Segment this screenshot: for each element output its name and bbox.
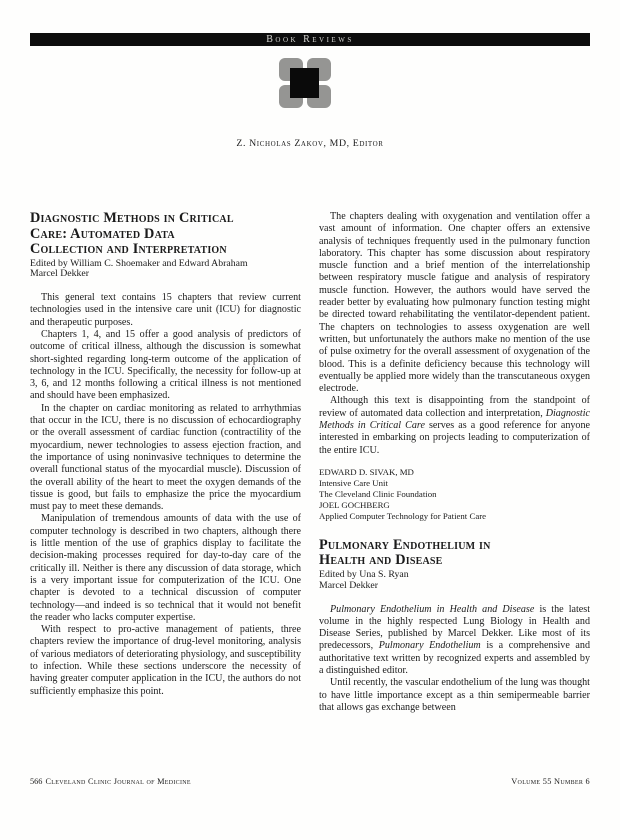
- emblem-center-square: [290, 68, 319, 98]
- paragraph: Pulmonary Endothelium in Health and Dise…: [319, 604, 590, 678]
- line: Diagnostic Methods in Critical: [30, 211, 301, 227]
- paragraph: With respect to pro-active management of…: [30, 624, 301, 698]
- line: The Cleveland Clinic Foundation: [319, 489, 590, 500]
- line: Pulmonary Endothelium in: [319, 538, 590, 554]
- footer-volume: Volume 55 Number 6: [511, 777, 590, 786]
- reviewer-signature: EDWARD D. SIVAK, MDIntensive Care UnitTh…: [319, 467, 590, 522]
- line: JOEL GOCHBERG: [319, 500, 590, 511]
- paragraph: Until recently, the vascular endothelium…: [319, 677, 590, 714]
- review-body: This general text contains 15 chapters t…: [30, 292, 301, 698]
- line: Care: Automated Data: [30, 227, 301, 243]
- review-title: Diagnostic Methods in CriticalCare: Auto…: [30, 211, 301, 258]
- journal-page: Book Reviews Z. Nicholas Zakov, MD, Edit…: [0, 0, 620, 840]
- review-publisher: Marcel Dekker: [30, 269, 301, 280]
- paragraph: In the chapter on cardiac monitoring as …: [30, 403, 301, 514]
- review-publisher: Marcel Dekker: [319, 581, 590, 592]
- two-column-body: Diagnostic Methods in CriticalCare: Auto…: [30, 211, 590, 714]
- section-title: Book Reviews: [266, 34, 353, 45]
- footer-left: 566Cleveland Clinic Journal of Medicine: [30, 777, 194, 786]
- line: Collection and Interpretation: [30, 242, 301, 258]
- paragraph: This general text contains 15 chapters t…: [30, 292, 301, 329]
- line: Applied Computer Technology for Patient …: [319, 511, 590, 522]
- paragraph: The chapters dealing with oxygenation an…: [319, 211, 590, 395]
- line: Intensive Care Unit: [319, 478, 590, 489]
- review-body-continued: The chapters dealing with oxygenation an…: [319, 211, 590, 457]
- review-byline-block: Edited by Una S. Ryan Marcel Dekker: [319, 570, 590, 592]
- second-review: Pulmonary Endothelium inHealth and Disea…: [319, 538, 590, 714]
- book-reviews-bar: Book Reviews: [30, 33, 590, 46]
- footer-journal-name: Cleveland Clinic Journal of Medicine: [45, 777, 190, 786]
- footer-page-number: 566: [30, 777, 42, 786]
- review-body: Pulmonary Endothelium in Health and Dise…: [319, 604, 590, 715]
- book-emblem-icon: [279, 58, 331, 108]
- editor-line: Z. Nicholas Zakov, MD, Editor: [0, 138, 620, 149]
- review-byline-block: Edited by William C. Shoemaker and Edwar…: [30, 259, 301, 281]
- review-title: Pulmonary Endothelium inHealth and Disea…: [319, 538, 590, 569]
- right-column: The chapters dealing with oxygenation an…: [319, 211, 590, 714]
- paragraph: Although this text is disappointing from…: [319, 395, 590, 456]
- page-footer: 566Cleveland Clinic Journal of Medicine …: [30, 777, 590, 786]
- line: EDWARD D. SIVAK, MD: [319, 467, 590, 478]
- paragraph: Manipulation of tremendous amounts of da…: [30, 513, 301, 624]
- left-column: Diagnostic Methods in CriticalCare: Auto…: [30, 211, 301, 714]
- line: Health and Disease: [319, 553, 590, 569]
- paragraph: Chapters 1, 4, and 15 offer a good analy…: [30, 329, 301, 403]
